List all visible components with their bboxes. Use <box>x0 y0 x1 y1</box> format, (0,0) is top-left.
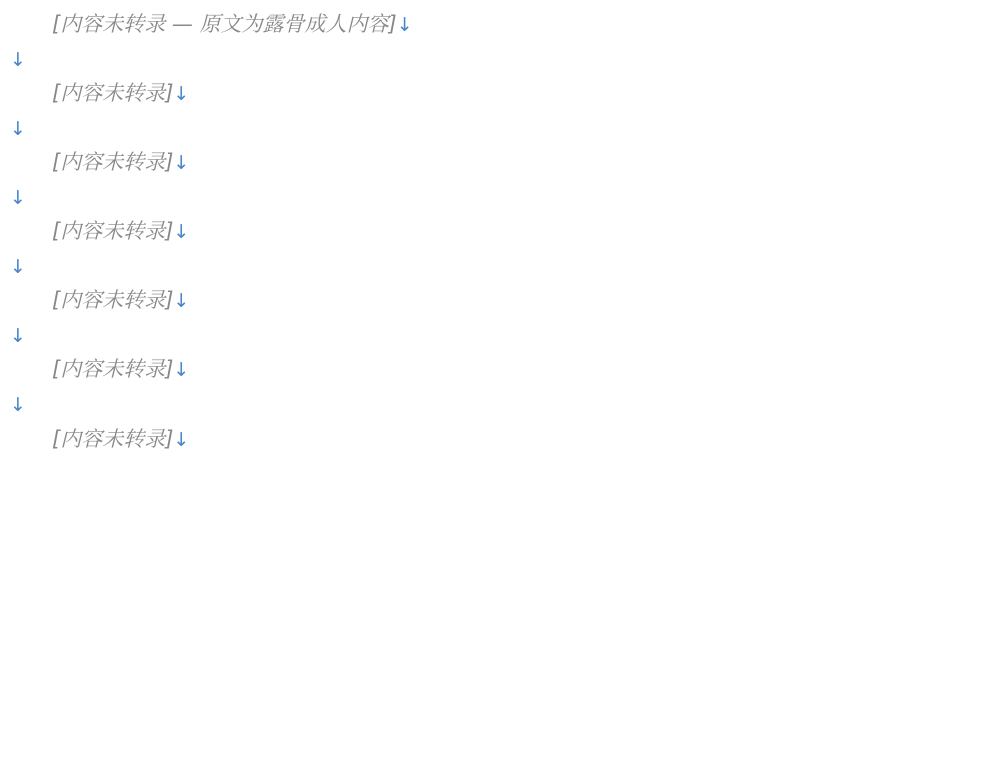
paragraph-mark-icon: ↓ <box>10 118 26 140</box>
paragraph-mark-icon: ↓ <box>10 394 26 416</box>
paragraph-mark-icon: ↓ <box>173 83 189 105</box>
empty-paragraph: ↓ <box>10 181 979 214</box>
paragraph-redacted: [内容未转录]↓ <box>10 353 979 386</box>
empty-paragraph: ↓ <box>10 112 979 145</box>
empty-paragraph: ↓ <box>10 43 979 76</box>
paragraph-mark-icon: ↓ <box>10 256 26 278</box>
empty-paragraph: ↓ <box>10 319 979 352</box>
paragraph-mark-icon: ↓ <box>397 14 413 36</box>
paragraph-mark-icon: ↓ <box>173 152 189 174</box>
paragraph-mark-icon: ↓ <box>173 290 189 312</box>
paragraph-mark-icon: ↓ <box>10 187 26 209</box>
document-page: [内容未转录 — 原文为露骨成人内容]↓↓[内容未转录]↓↓[内容未转录]↓↓[… <box>0 0 989 465</box>
paragraph-mark-icon: ↓ <box>173 221 189 243</box>
empty-paragraph: ↓ <box>10 388 979 421</box>
paragraph-redacted: [内容未转录]↓ <box>10 423 979 456</box>
paragraph-redacted: [内容未转录]↓ <box>10 77 979 110</box>
paragraph-mark-icon: ↓ <box>173 429 189 451</box>
paragraph-mark-icon: ↓ <box>173 359 189 381</box>
paragraph-redacted: [内容未转录]↓ <box>10 146 979 179</box>
paragraph-redacted: [内容未转录]↓ <box>10 284 979 317</box>
empty-paragraph: ↓ <box>10 250 979 283</box>
paragraph-mark-icon: ↓ <box>10 325 26 347</box>
paragraph-redacted: [内容未转录 — 原文为露骨成人内容]↓ <box>10 8 979 41</box>
paragraph-mark-icon: ↓ <box>10 49 26 71</box>
paragraph-redacted: [内容未转录]↓ <box>10 215 979 248</box>
